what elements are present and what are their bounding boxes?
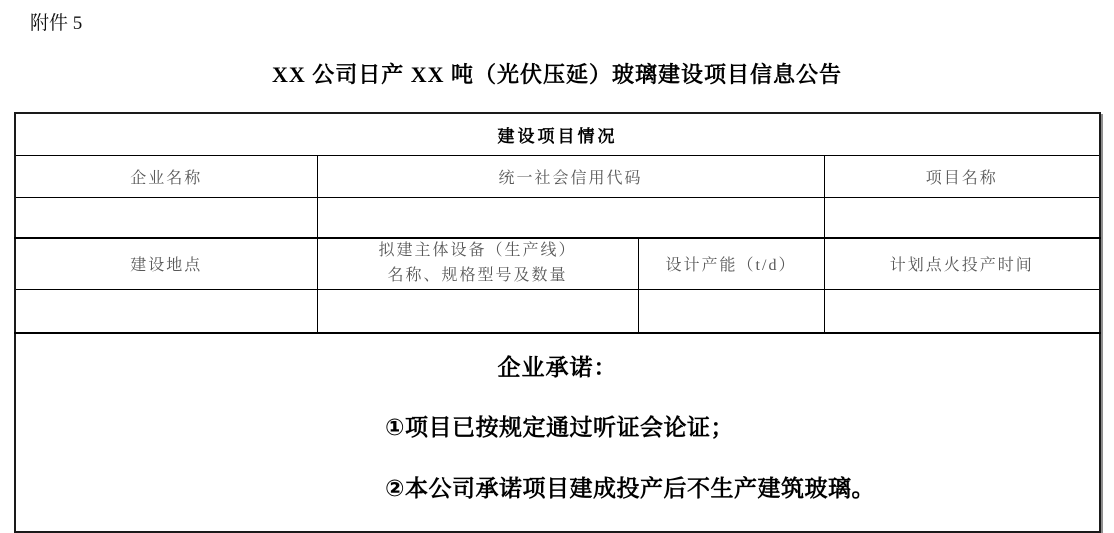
values-row-2 [15,289,1100,333]
location-label: 建设地点 [15,238,317,289]
values-row-1 [15,197,1100,238]
equipment-value-cell [317,289,638,333]
company-name-value-cell [15,197,317,238]
commitment-title: 企业承诺： [16,349,1099,382]
commitment-row: 企业承诺： ①项目已按规定通过听证会论证； ②本公司承诺项目建成投产后不生产建筑… [15,333,1100,532]
document-title: XX 公司日产 XX 吨（光伏压延）玻璃建设项目信息公告 [0,58,1114,89]
company-name-label: 企业名称 [15,155,317,197]
labels-row-2: 建设地点 拟建主体设备（生产线） 名称、规格型号及数量 设计产能（t/d） 计划… [15,238,1100,289]
project-name-label: 项目名称 [824,155,1100,197]
equipment-label-line2: 名称、规格型号及数量 [318,264,638,289]
attachment-label: 附件 5 [30,8,82,35]
ignition-time-label: 计划点火投产时间 [824,238,1100,289]
location-value-cell [15,289,317,333]
commitment-content: 企业承诺： ①项目已按规定通过听证会论证； ②本公司承诺项目建成投产后不生产建筑… [16,334,1099,503]
commitment-item-2: ②本公司承诺项目建成投产后不生产建筑玻璃。 [16,470,1099,503]
labels-row-1: 企业名称 统一社会信用代码 项目名称 [15,155,1100,197]
credit-code-value-cell [317,197,824,238]
capacity-label: 设计产能（t/d） [638,238,824,289]
commitment-cell: 企业承诺： ①项目已按规定通过听证会论证； ②本公司承诺项目建成投产后不生产建筑… [15,333,1100,532]
section-header: 建设项目情况 [15,113,1100,155]
credit-code-label: 统一社会信用代码 [317,155,824,197]
equipment-label-line1: 拟建主体设备（生产线） [318,239,638,264]
equipment-label: 拟建主体设备（生产线） 名称、规格型号及数量 [317,238,638,289]
project-name-value-cell [824,197,1100,238]
table-header-row: 建设项目情况 [15,113,1100,155]
ignition-time-value-cell [824,289,1100,333]
commitment-item-1: ①项目已按规定通过听证会论证； [16,409,1099,442]
capacity-value-cell [638,289,824,333]
project-info-table: 建设项目情况 企业名称 统一社会信用代码 项目名称 建设地点 拟建主体设备（生产… [14,112,1101,533]
